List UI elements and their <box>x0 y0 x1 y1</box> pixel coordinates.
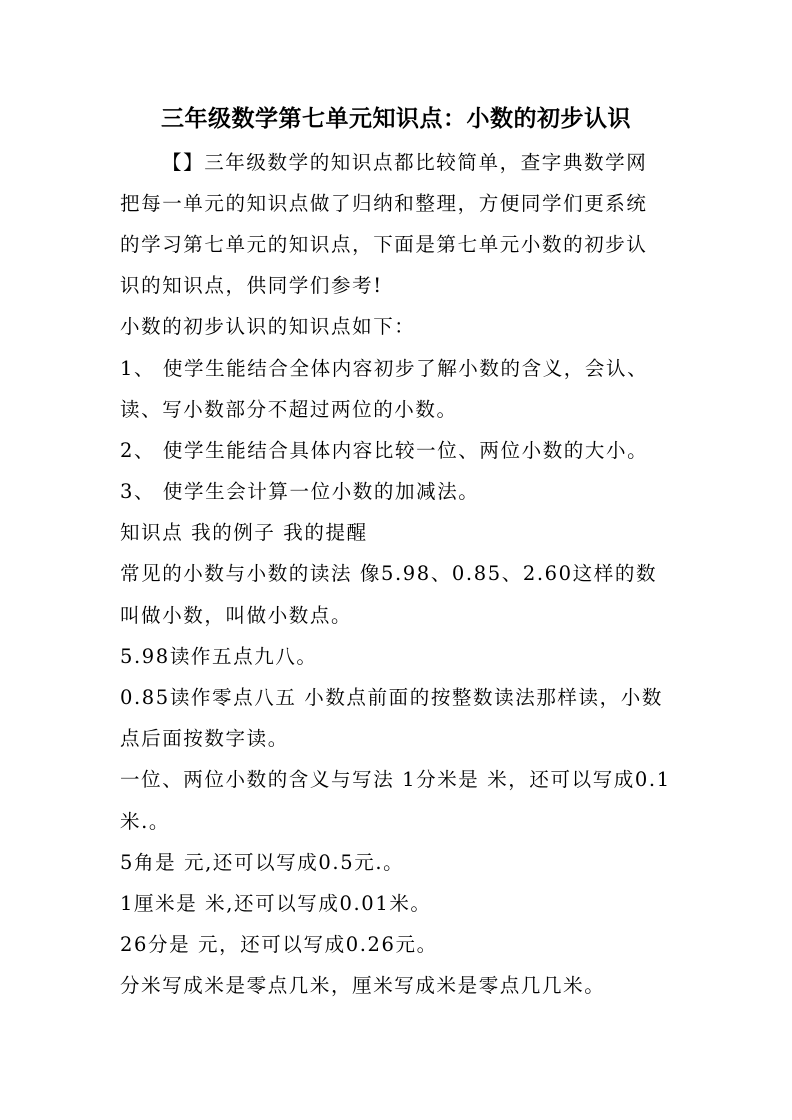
list-item-2: 2、 使学生能结合具体内容比较一位、两位小数的大小。 <box>120 435 648 463</box>
paragraph-line-3: 的学习第七单元的知识点，下面是第七单元小数的初步认 <box>120 229 648 257</box>
list-item-3: 3、 使学生会计算一位小数的加减法。 <box>120 476 479 504</box>
content-line-4: 0.85读作零点八五 小数点前面的按整数读法那样读，小数 <box>120 682 663 710</box>
paragraph-line-4: 识的知识点，供同学们参考! <box>120 270 383 298</box>
content-line-1: 常见的小数与小数的读法 像5.98、0.85、2.60这样的数 <box>120 558 657 586</box>
content-line-10: 26分是 元，还可以写成0.26元。 <box>120 929 438 957</box>
content-line-9: 1厘米是 米,还可以写成0.01米。 <box>120 888 432 916</box>
document-page: 三年级数学第七单元知识点：小数的初步认识 【】三年级数学的知识点都比较简单，查字… <box>0 0 792 1120</box>
content-line-2: 叫做小数，叫做小数点。 <box>120 600 352 628</box>
content-line-11: 分米写成米是零点几米，厘米写成米是零点几几米。 <box>120 970 605 998</box>
content-line-8: 5角是 元,还可以写成0.5元.。 <box>120 847 404 875</box>
list-item-1-cont: 读、写小数部分不超过两位的小数。 <box>120 394 458 422</box>
document-title: 三年级数学第七单元知识点：小数的初步认识 <box>0 100 792 133</box>
section-heading-points: 小数的初步认识的知识点如下： <box>120 311 415 339</box>
table-header-line: 知识点 我的例子 我的提醒 <box>120 517 368 545</box>
paragraph-line-2: 把每一单元的知识点做了归纳和整理，方便同学们更系统 <box>120 188 648 216</box>
list-item-1: 1、 使学生能结合全体内容初步了解小数的含义，会认、 <box>120 353 648 381</box>
content-line-7: 米.。 <box>120 806 170 834</box>
content-line-3: 5.98读作五点九八。 <box>120 641 318 669</box>
paragraph-line-1: 【】三年级数学的知识点都比较简单，查字典数学网 <box>162 147 647 175</box>
content-line-5: 点后面按数字读。 <box>120 723 289 751</box>
content-line-6: 一位、两位小数的含义与写法 1分米是 米，还可以写成0.1 <box>120 764 671 792</box>
